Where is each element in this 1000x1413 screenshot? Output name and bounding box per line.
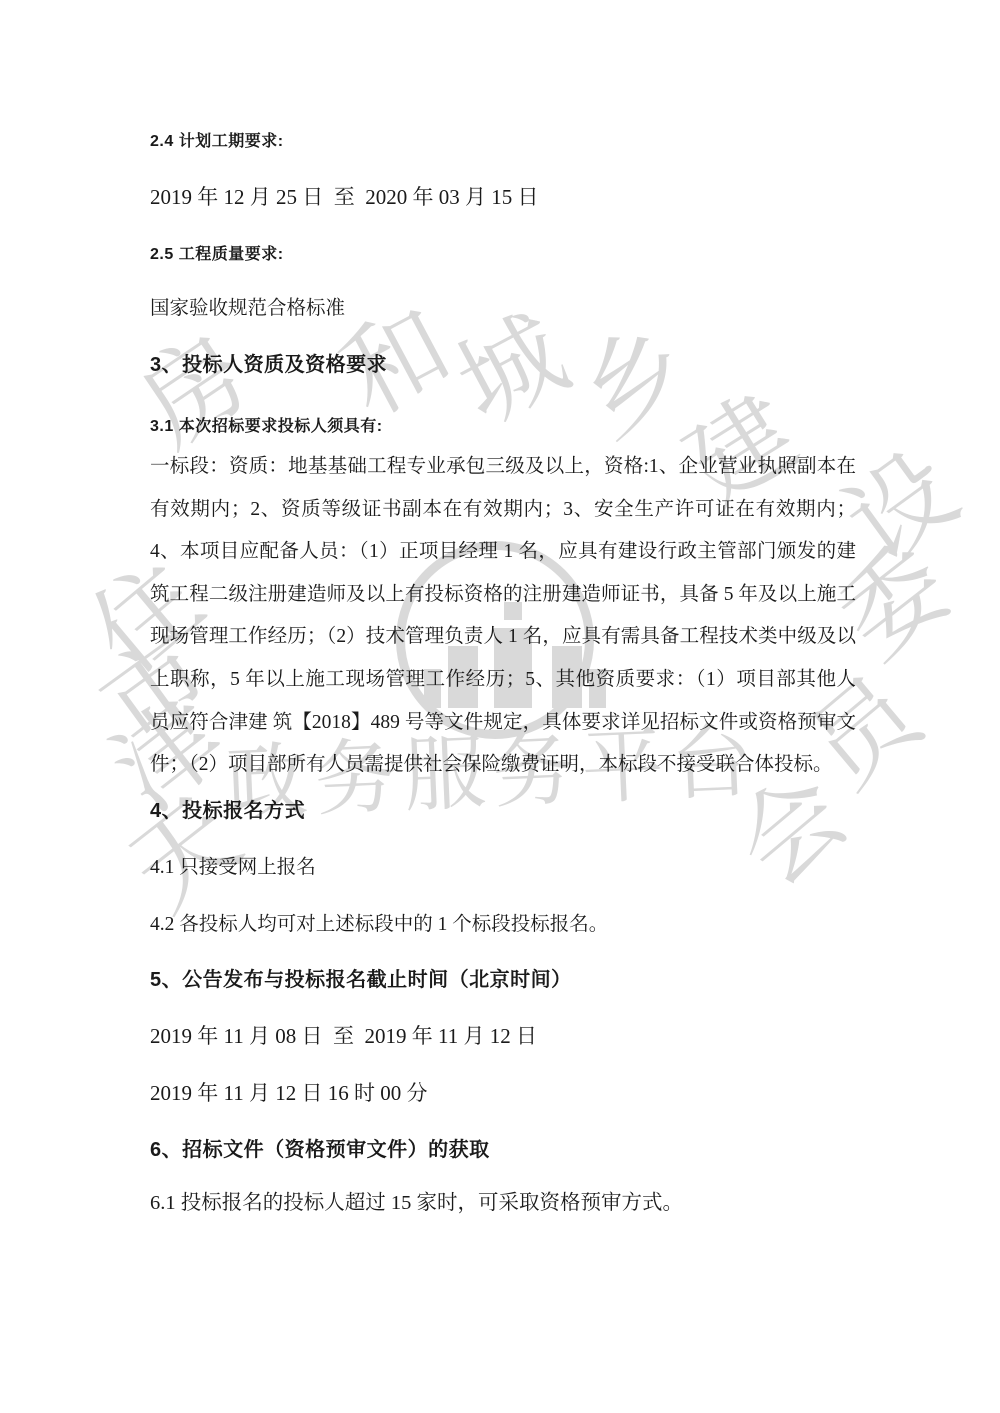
section-4-1-text: 4.1 只接受网上报名 (150, 856, 856, 880)
section-4-2-text: 4.2 各投标人均可对上述标段中的 1 个标段投标报名。 (150, 913, 856, 937)
signup-deadline-time: 2019 年 11 月 12 日 16 时 00 分 (150, 1080, 856, 1106)
section-6-heading: 6、招标文件（资格预审文件）的获取 (150, 1138, 856, 1163)
section-5-heading: 5、公告发布与投标报名截止时间（北京时间） (150, 968, 856, 993)
section-2-5-heading: 2.5 工程质量要求: (150, 245, 856, 265)
section-6-1-text: 6.1 投标报名的投标人超过 15 家时，可采取资格预审方式。 (150, 1191, 856, 1217)
planned-duration-dates: 2019 年 12 月 25 日 至 2020 年 03 月 15 日 (150, 184, 856, 210)
tender-announcement-page: 天津市住房和城乡建设委员会 政务服务平台 2.4 计划工期要求: 2019 年 … (0, 0, 1000, 1413)
section-4-heading: 4、投标报名方式 (150, 799, 856, 824)
qualification-paragraph: 一标段：资质：地基基础工程专业承包三级及以上，资格:1、企业营业执照副本在有效期… (150, 446, 856, 787)
announcement-period-dates: 2019 年 11 月 08 日 至 2019 年 11 月 12 日 (150, 1023, 856, 1049)
section-3-1-heading: 3.1 本次招标要求投标人须具有: (150, 417, 856, 437)
quality-standard-text: 国家验收规范合格标准 (150, 297, 856, 321)
section-2-4-heading: 2.4 计划工期要求: (150, 132, 856, 152)
section-3-heading: 3、投标人资质及资格要求 (150, 353, 856, 378)
document-content: 2.4 计划工期要求: 2019 年 12 月 25 日 至 2020 年 03… (0, 0, 1000, 1413)
